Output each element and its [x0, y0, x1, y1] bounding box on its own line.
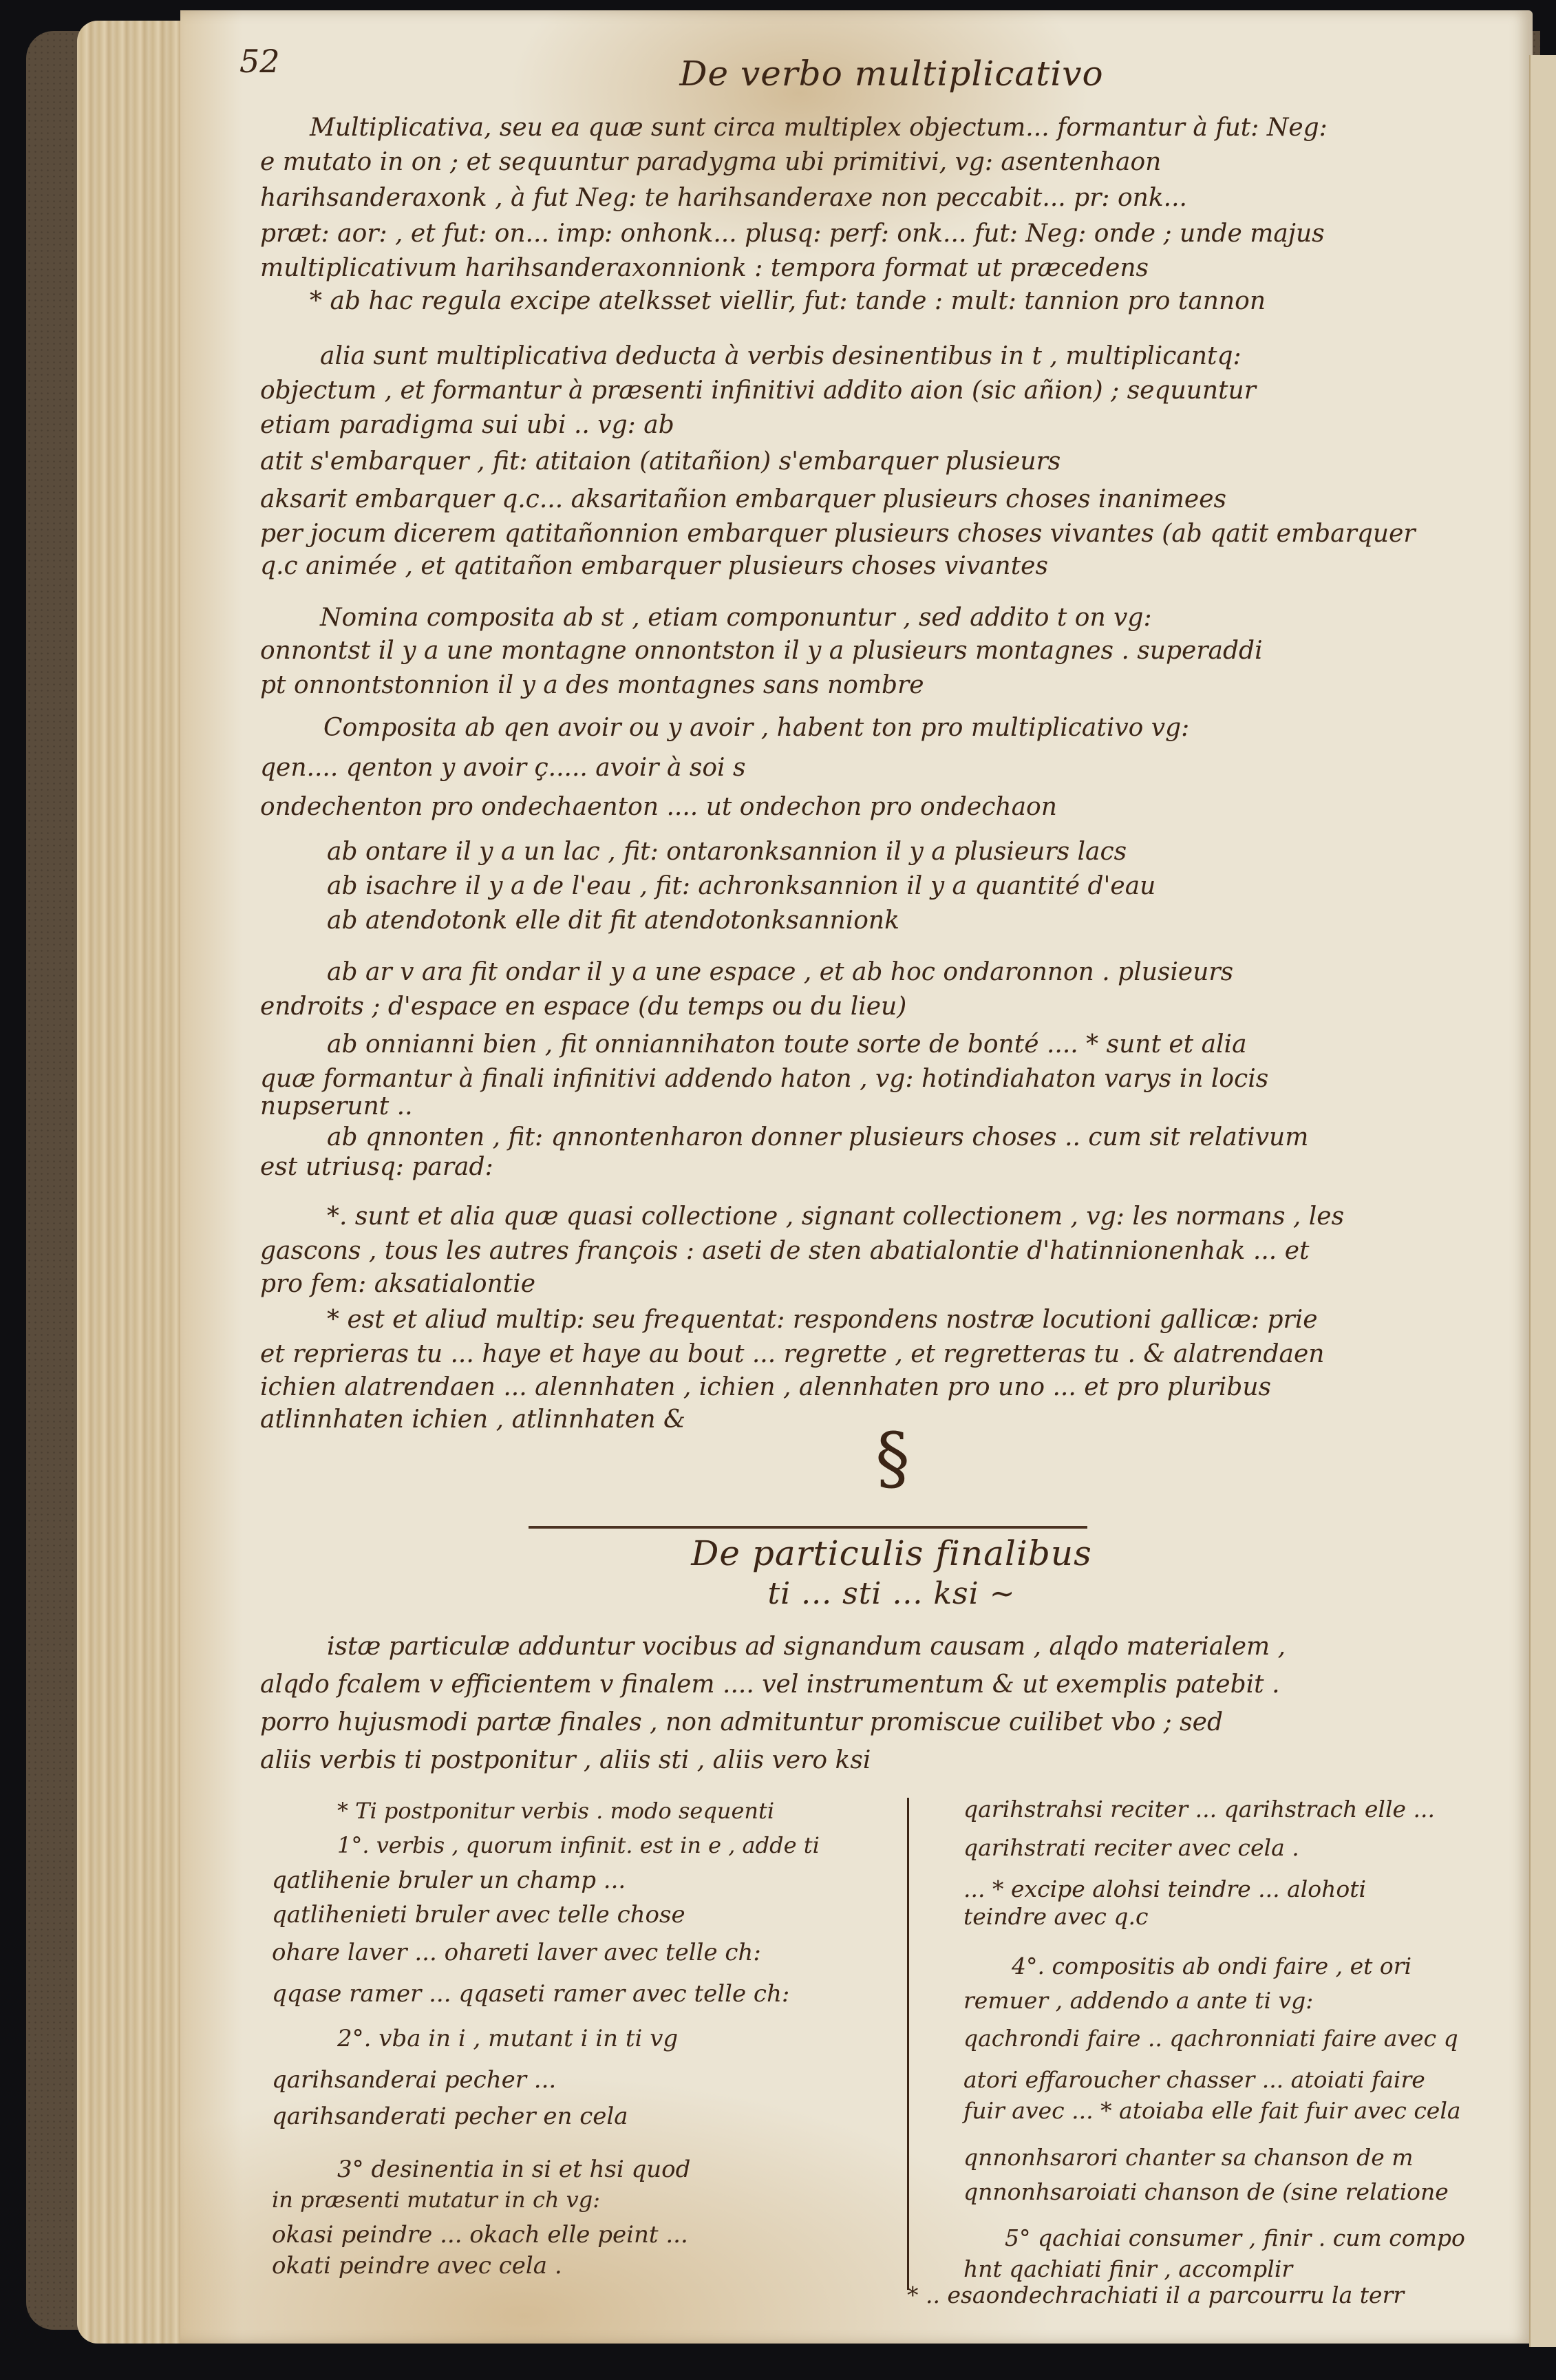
text-line: harihsanderaxonk , à fut Neg: te harihsa… [260, 186, 1187, 211]
text-line: *. sunt et alia quæ quasi collectione , … [327, 1204, 1344, 1229]
left-col-line: qqase ramer ... qqaseti ramer avec telle… [272, 1982, 789, 2006]
text-line: atlinnhaten ichien , atlinnhaten & [260, 1407, 685, 1432]
text-line: alqdo fcalem v efficientem v finalem ...… [260, 1672, 1280, 1697]
left-col-line: qatlihenie bruler un champ ... [272, 1869, 626, 1892]
right-col-line: qarihstrati reciter avec cela . [963, 1836, 1299, 1859]
right-col-line: remuer , addendo a ante ti vg: [963, 1989, 1313, 2012]
text-line: onnontst il y a une montagne onnontston … [260, 639, 1263, 663]
text-line: ondechenton pro ondechaenton .... ut ond… [260, 795, 1057, 820]
text-line: quæ formantur à finali infinitivi addend… [260, 1067, 1268, 1092]
text-line: ab ontare il y a un lac , fit: ontaronks… [327, 840, 1127, 864]
text-line: * ab hac regula excipe atelksset viellir… [310, 289, 1266, 314]
text-line: q.c animée , et qatitañon embarquer plus… [260, 554, 1048, 579]
right-col-line: qarihstrahsi reciter ... qarihstrach ell… [963, 1798, 1435, 1820]
text-line: nupserunt .. [260, 1094, 413, 1119]
text-line: qen.... qenton y avoir ç..... avoir à so… [260, 756, 745, 780]
left-col-line: 2°. vba in i , mutant i in ti vg [337, 2027, 678, 2050]
left-col-line: 1°. verbis , quorum infinit. est in e , … [337, 1834, 820, 1856]
text-line: aksarit embarquer q.c... aksaritañion em… [260, 487, 1226, 512]
text-line: pt onnontstonnion il y a des montagnes s… [260, 673, 924, 698]
left-col-line: qarihsanderati pecher en cela [272, 2105, 628, 2128]
text-line: * est et aliud multip: seu frequentat: r… [327, 1308, 1318, 1332]
section-title-particulis-finalibus: De particulis finalibus [0, 1533, 1556, 1573]
text-line: istæ particulæ adduntur vocibus ad signa… [327, 1635, 1286, 1659]
text-line: e mutato in on ; et sequuntur paradygma … [260, 150, 1161, 175]
text-line: est utriusq: parad: [260, 1155, 493, 1180]
right-col-line: fuir avec ... * atoiaba elle fait fuir a… [963, 2099, 1461, 2122]
text-line: præt: aor: , et fut: on... imp: onhonk..… [260, 222, 1325, 246]
left-col-line: * Ti postponitur verbis . modo sequenti [337, 1800, 774, 1822]
text-line: alia sunt multiplicativa deducta à verbi… [320, 344, 1241, 369]
right-col-line: qnnonhsarori chanter sa chanson de m [963, 2146, 1414, 2169]
right-col-line: teindre avec q.c [963, 1905, 1148, 1928]
left-col-line: okati peindre avec cela . [272, 2254, 562, 2277]
text-line: ab onnianni bien , fit onniannihaton tou… [327, 1032, 1247, 1057]
page-edges [77, 21, 187, 2344]
text-line: Multiplicativa, seu ea quæ sunt circa mu… [310, 116, 1328, 140]
left-col-line: okasi peindre ... okach elle peint ... [272, 2223, 688, 2246]
right-col-line: qnnonhsaroiati chanson de (sine relation… [963, 2180, 1449, 2203]
text-line: porro hujusmodi partæ finales , non admi… [260, 1710, 1223, 1735]
text-line: aliis verbis ti postponitur , aliis sti … [260, 1748, 871, 1773]
text-line: et reprieras tu ... haye et haye au bout… [260, 1342, 1324, 1367]
left-col-line: qarihsanderai pecher ... [272, 2068, 556, 2092]
text-line: ab atendotonk elle dit fit atendotonksan… [327, 909, 899, 933]
right-col-line: * .. esaondechrachiati il a parcourru la… [907, 2284, 1404, 2306]
text-line: etiam paradigma sui ubi .. vg: ab [260, 413, 674, 438]
text-line: ab isachre il y a de l'eau , fit: achron… [327, 874, 1155, 899]
section-title-verbo-multiplicativo: De verbo multiplicativo [0, 54, 1556, 94]
text-line: Composita ab qen avoir ou y avoir , habe… [323, 716, 1189, 741]
text-line: ab ar v ara fit ondar il y a une espace … [327, 960, 1233, 985]
column-divider [907, 1798, 909, 2290]
section-divider [529, 1526, 1087, 1529]
text-line: multiplicativum harihsanderaxonnionk : t… [260, 256, 1149, 281]
text-line: per jocum dicerem qatitañonnion embarque… [260, 522, 1416, 546]
next-page-edge [1529, 55, 1556, 2347]
right-col-line: hnt qachiati finir , accomplir [963, 2257, 1292, 2280]
text-line: gascons , tous les autres françois : ase… [260, 1239, 1309, 1264]
text-line: objectum , et formantur à præsenti infin… [260, 379, 1256, 403]
right-col-line: qachrondi faire .. qachronniati faire av… [963, 2027, 1458, 2050]
text-line: pro fem: aksatialontie [260, 1272, 535, 1297]
text-line: Nomina composita ab st , etiam componunt… [320, 606, 1152, 630]
text-line: ichien alatrendaen ... alennhaten , ichi… [260, 1375, 1271, 1400]
right-col-line: 4°. compositis ab ondi faire , et ori [1012, 1955, 1411, 1977]
right-col-line: 5° qachiai consumer , finir . cum compo [1005, 2227, 1465, 2249]
text-line: endroits ; d'espace en espace (du temps … [260, 995, 906, 1019]
left-col-line: ohare laver ... ohareti laver avec telle… [272, 1941, 761, 1964]
text-line: atit s'embarquer , fit: atitaion (atitañ… [260, 449, 1061, 474]
ornament-flourish-icon: § [875, 1418, 910, 1498]
left-col-line: qatlihenieti bruler avec telle chose [272, 1903, 685, 1926]
section-subtitle: ti ... sti ... ksi ~ [0, 1576, 1556, 1611]
left-col-line: 3° desinentia in si et hsi quod [337, 2158, 690, 2181]
left-col-line: in præsenti mutatur in ch vg: [272, 2189, 600, 2211]
right-col-line: atori effaroucher chasser ... atoiati fa… [963, 2068, 1425, 2091]
right-col-line: ... * excipe alohsi teindre ... alohoti [963, 1878, 1366, 1900]
text-line: ab qnnonten , fit: qnnontenharon donner … [327, 1125, 1308, 1150]
